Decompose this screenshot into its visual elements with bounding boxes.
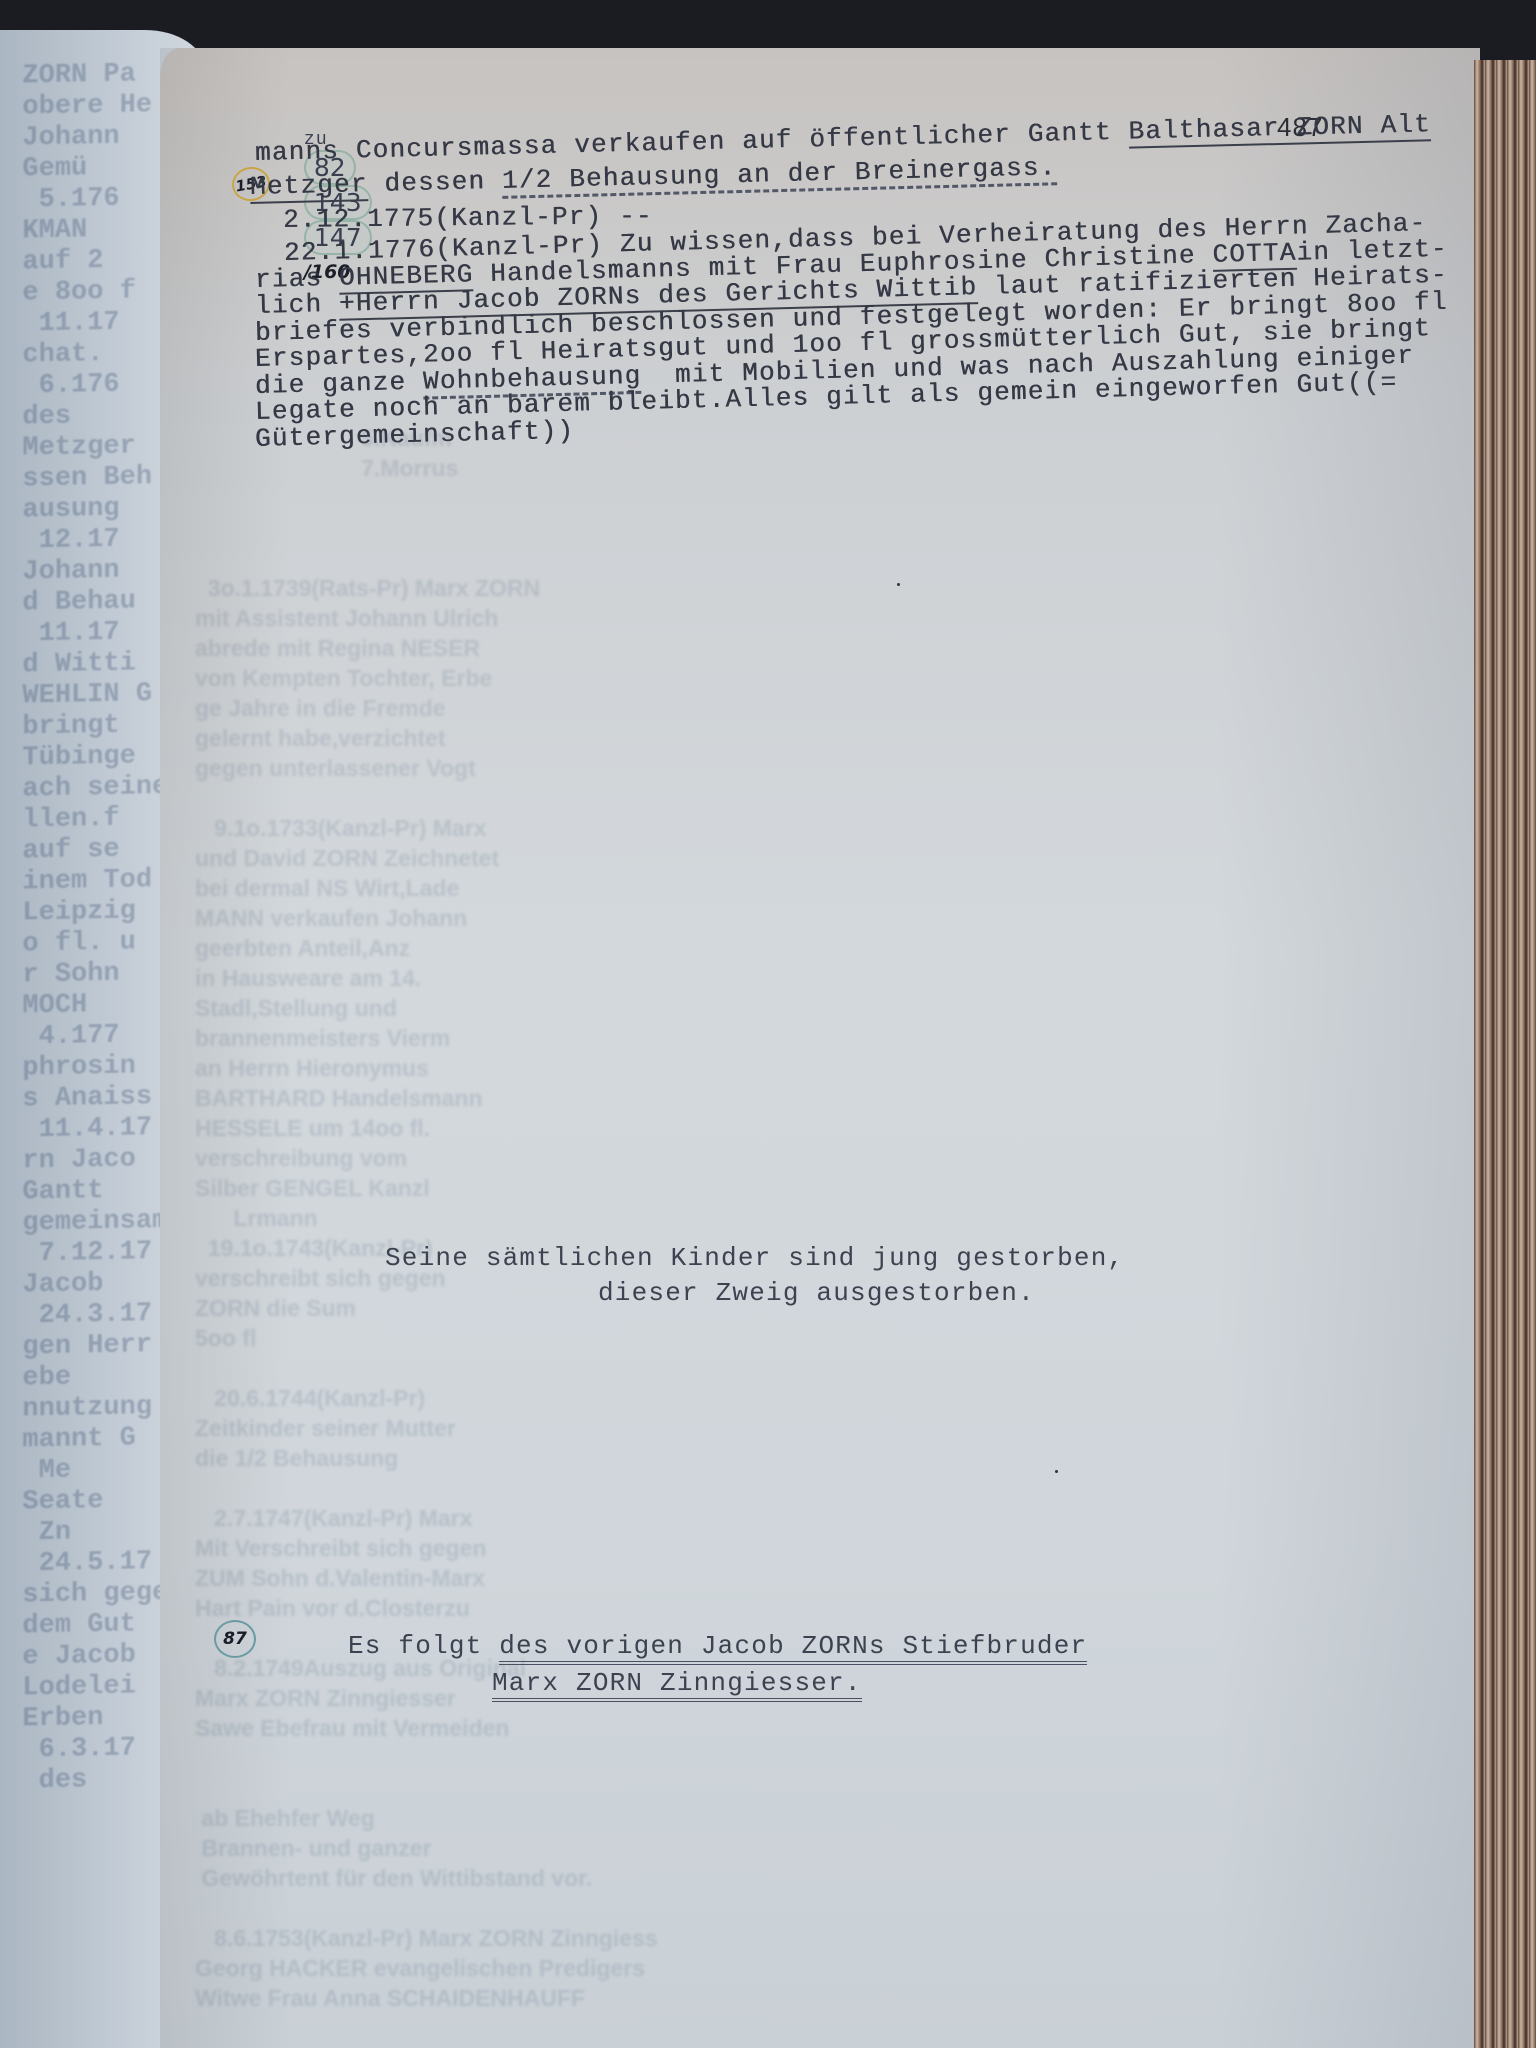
entry-2: 2.12.1775(Kanzl-Pr) -- bbox=[283, 203, 653, 233]
closing-note-line-2: dieser Zweig ausgestorben. bbox=[598, 1280, 1035, 1306]
margin-circled-number: 87 bbox=[214, 1620, 256, 1658]
closing-note-line-1: Seine sämtlichen Kinder sind jung gestor… bbox=[385, 1245, 1124, 1271]
speck bbox=[897, 583, 900, 586]
continuation-name: Marx ZORN Zinngiesser. bbox=[492, 1668, 862, 1702]
continuation-underlined: des vorigen Jacob ZORNs Stiefbruder bbox=[499, 1631, 1087, 1665]
text-run: dessen bbox=[367, 166, 502, 199]
bleed-through-text: 5.Kaufm 7.Morrus 3o.1.1739(Rats-Pr) Marx… bbox=[195, 423, 658, 2013]
continuation-line-2: Marx ZORN Zinngiesser. bbox=[492, 1670, 862, 1696]
page-edge-stack bbox=[1474, 60, 1536, 2048]
underlined-text: Metzger bbox=[250, 169, 368, 204]
continuation-line-1: Es folgt des vorigen Jacob ZORNs Stiefbr… bbox=[348, 1633, 1087, 1659]
speck bbox=[1055, 1470, 1058, 1473]
text-line: Gütergemeinschaft)) bbox=[255, 417, 575, 451]
continuation-plain: Es folgt bbox=[348, 1631, 499, 1661]
